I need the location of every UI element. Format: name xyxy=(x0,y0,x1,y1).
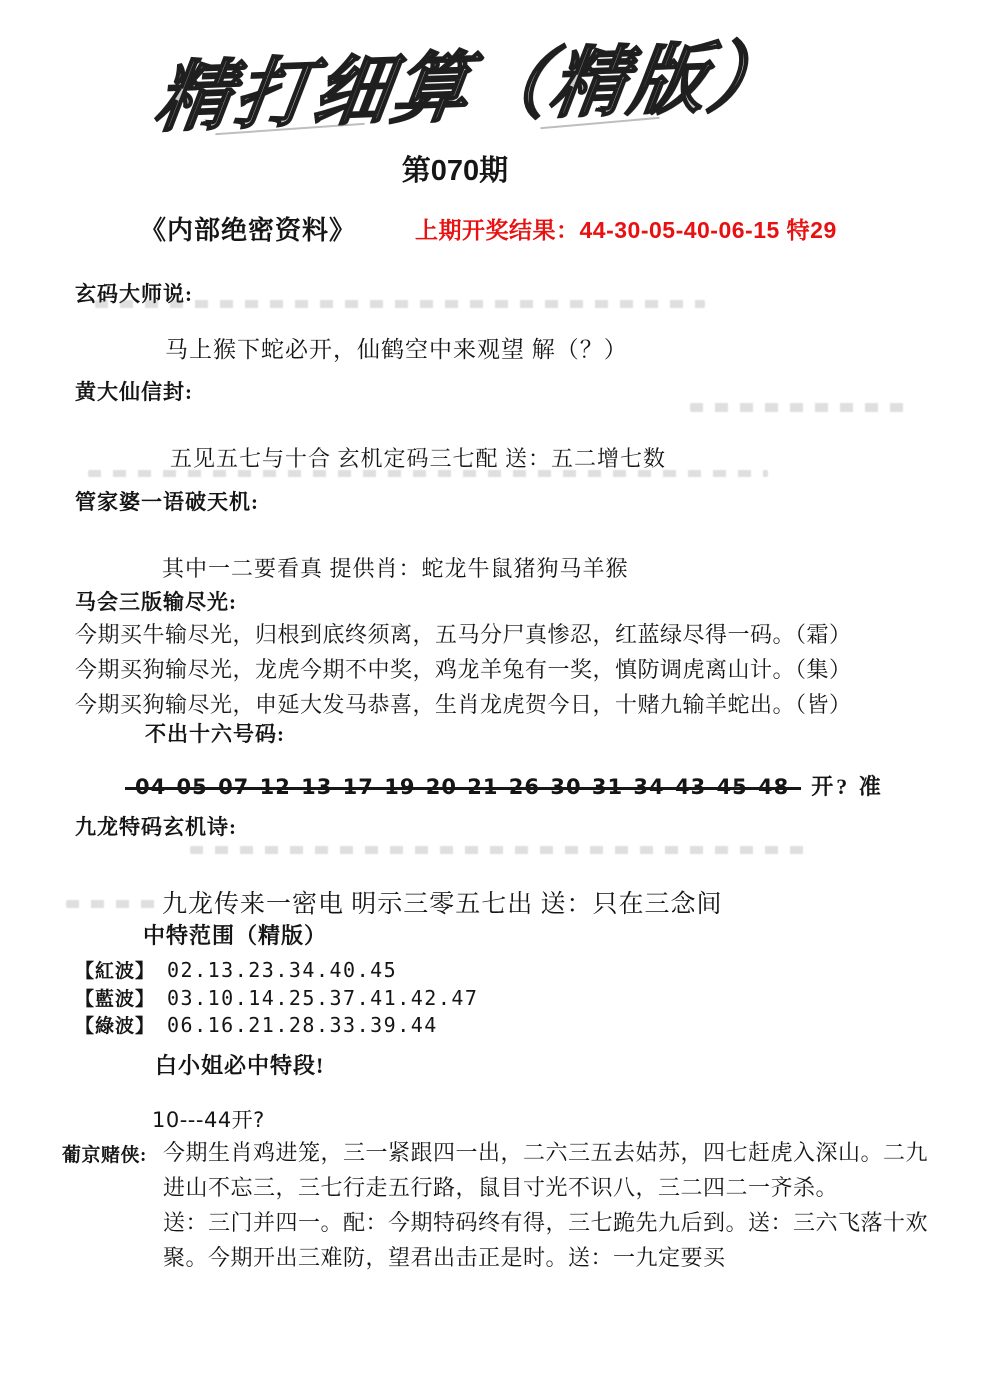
scan-smudge xyxy=(88,470,768,477)
pujing-line: 送：三门并四一。配：今期特码终有得，三七跪先九后到。送：三六飞落十欢 xyxy=(163,1206,928,1237)
wave-numbers-green: 06.16.21.28.33.39.44 xyxy=(167,1013,438,1037)
wave-row-blue: 【藍波】03.10.14.25.37.41.42.47 xyxy=(75,984,478,1011)
section-label-huangdaxian: 黄大仙信封: xyxy=(75,376,193,406)
excluded-numbers-strikethrough: 04 05 07 12 13 17 19 20 21 26 30 31 34 4… xyxy=(135,775,789,799)
mahui-line: 今期买狗输尽光，申延大发马恭喜，生肖龙虎贺今日，十赌九输羊蛇出。（皆） xyxy=(75,688,852,719)
mahui-line: 今期买牛输尽光，归根到底终须离，五马分尸真惨忍，红蓝绿尽得一码。（霜） xyxy=(75,618,852,649)
pujing-line: 今期生肖鸡进笼，三一紧跟四一出，二六三五去姑苏，四七赶虎入深山。二九 xyxy=(163,1136,928,1167)
pujing-line: 聚。今期开出三难防，望君出击正是时。送：一九定要买 xyxy=(163,1241,726,1272)
wave-name-blue: 【藍波】 xyxy=(75,989,155,1010)
scan-smudge xyxy=(690,403,905,412)
guanjiapo-verse: 其中一二要看真 提供肖：蛇龙牛鼠猪狗马羊猴 xyxy=(162,552,629,583)
issue-number: 第070期 xyxy=(0,148,910,189)
masthead-title-art: 精打细算（精版） xyxy=(120,10,826,151)
scan-smudge xyxy=(66,900,164,908)
scan-smudge xyxy=(190,846,810,854)
scan-smudge xyxy=(95,300,705,308)
section-label-guanjiapo: 管家婆一语破天机: xyxy=(75,486,259,516)
xuanma-verse: 马上猴下蛇必开，仙鹤空中来观望 解（？） xyxy=(165,331,628,364)
section-label-jiulong: 九龙特码玄机诗: xyxy=(75,811,237,841)
scanned-tipsheet-page: 精打细算（精版） 第070期 《内部绝密资料》 上期开奖结果：44-30-05-… xyxy=(0,0,981,1388)
mahui-line: 今期买狗输尽光，龙虎今期不中奖，鸡龙羊兔有一奖，慎防调虎离山计。（集） xyxy=(75,653,852,684)
huangdaxian-verse: 五见五七与十合 玄机定码三七配 送：五二增七数 xyxy=(170,442,666,473)
excluded-numbers-row: 04 05 07 12 13 17 19 20 21 26 30 31 34 4… xyxy=(135,770,884,801)
section-label-mahui: 马会三版输尽光: xyxy=(75,586,237,616)
baixiaojie-range: 10---44开? xyxy=(152,1104,265,1134)
excluded-numbers-note: 开? 准 xyxy=(811,770,884,801)
wave-numbers-red: 02.13.23.34.40.45 xyxy=(167,958,397,982)
section-label-pujing: 葡京赌侠: xyxy=(62,1140,147,1167)
wave-row-green: 【綠波】06.16.21.28.33.39.44 xyxy=(75,1011,438,1038)
wave-row-red: 【紅波】02.13.23.34.40.45 xyxy=(75,956,397,983)
section-label-exclude16: 不出十六号码: xyxy=(145,718,285,748)
wave-name-red: 【紅波】 xyxy=(75,961,155,982)
source-title: 《内部绝密资料》 xyxy=(140,210,356,247)
wave-numbers-blue: 03.10.14.25.37.41.42.47 xyxy=(167,986,478,1010)
section-label-zhongte: 中特范围（精版） xyxy=(143,919,327,950)
pujing-line: 进山不忘三，三七行走五行路，鼠目寸光不识八，三二四二一齐杀。 xyxy=(163,1171,838,1202)
jiulong-verse: 九龙传来一密电 明示三零五七出 送：只在三念间 xyxy=(162,884,723,920)
wave-name-green: 【綠波】 xyxy=(75,1016,155,1037)
section-label-baixiaojie: 白小姐必中特段! xyxy=(155,1049,324,1080)
last-draw-result: 上期开奖结果：44-30-05-40-06-15 特29 xyxy=(415,212,837,245)
